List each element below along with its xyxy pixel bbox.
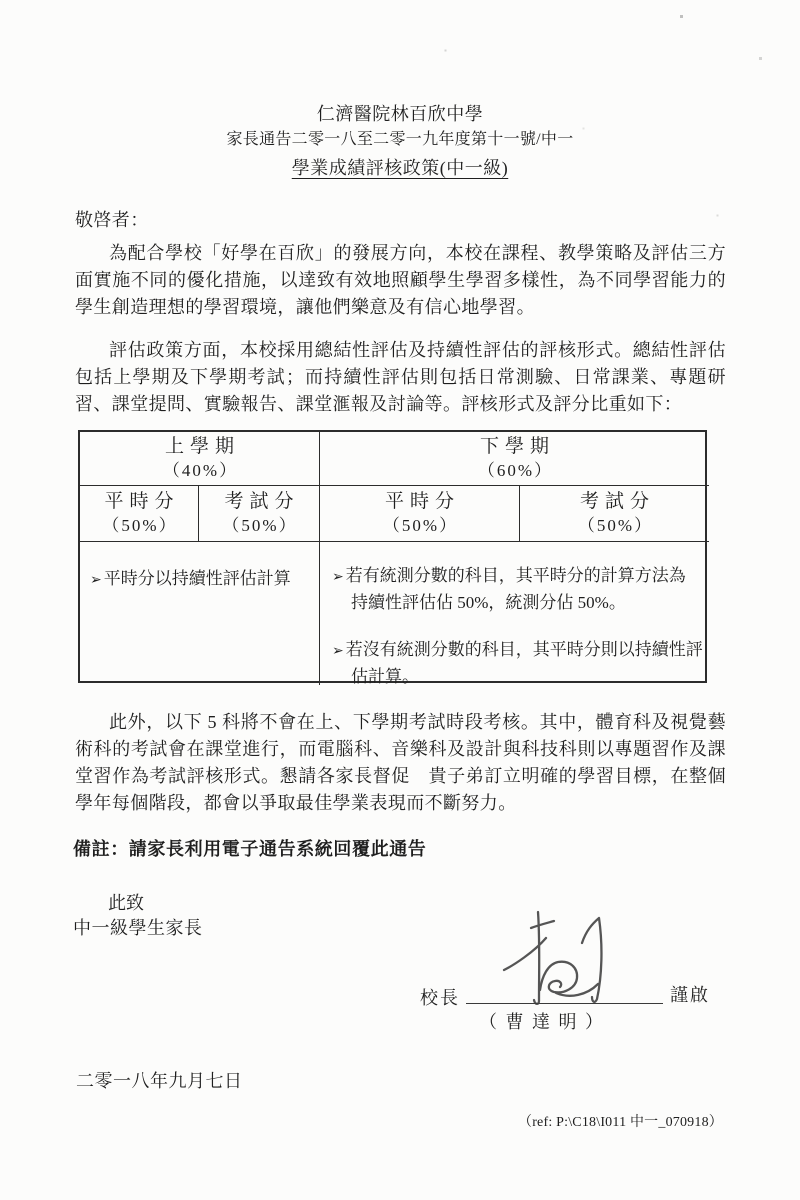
table-header-first-term: 上學期 （40%） xyxy=(80,432,320,486)
first-term-weight: （40%） xyxy=(161,459,238,483)
signature-stroke xyxy=(556,984,598,996)
date-line: 二零一八年九月七日 xyxy=(76,1067,243,1093)
assessment-table: 上學期 （40%） 下學期 （60%） 平時分 （50%） 考試分 （50%） … xyxy=(78,430,707,683)
first-daily-label: 平時分 xyxy=(98,490,179,514)
principal-name: （ 曹 達 明 ） xyxy=(479,1008,605,1034)
second-term-weight: （60%） xyxy=(476,459,553,483)
salutation: 敬啓者： xyxy=(75,207,726,234)
remark-line: 備註：請家長利用電子通告系統回覆此通告 xyxy=(73,835,426,861)
second-exam-weight: （50%） xyxy=(576,514,653,538)
signature-stroke xyxy=(531,921,554,928)
table-header-second-term: 下學期 （60%） xyxy=(320,432,709,486)
note-item: ➢若沒有統測分數的科目，其平時分則以持續性評 估計算。 xyxy=(332,637,706,690)
first-exam-label: 考試分 xyxy=(218,490,299,514)
second-term-label: 下學期 xyxy=(474,435,555,459)
note-text: 平時分以持續性評估計算 xyxy=(104,569,291,588)
note-item: ➢若有統測分數的科目，其平時分的計算方法為 持續性評估佔 50%，統測分佔 50… xyxy=(332,563,706,616)
note-text: 若沒有統測分數的科目，其平時分則以持續性評 估計算。 xyxy=(346,640,703,686)
table-header-second-exam: 考試分 （50%） xyxy=(520,486,709,542)
paragraph-assessment-policy: 評估政策方面，本校採用總結性評估及持續性評估的評核形式。總結性評估包括上學期及下… xyxy=(75,337,726,418)
table-header-first-exam: 考試分 （50%） xyxy=(199,486,320,542)
first-exam-weight: （50%） xyxy=(220,514,297,538)
table-note-second-term: ➢若有統測分數的科目，其平時分的計算方法為 持續性評估佔 50%，統測分佔 50… xyxy=(320,542,709,685)
scan-noise xyxy=(0,0,1,1)
first-term-label: 上學期 xyxy=(159,435,240,459)
subject-title: 學業成績評核政策(中一級) xyxy=(0,154,800,180)
recipient-line: 中一級學生家長 xyxy=(73,914,203,940)
table-header-first-daily: 平時分 （50%） xyxy=(80,486,199,542)
scanned-notice-page: 仁濟醫院林百欣中學 家長通告二零一八至二零一九年度第十一號/中一 學業成績評核政… xyxy=(0,0,800,1200)
table-note-first-term: ➢平時分以持續性評估計算 xyxy=(80,542,320,685)
table-header-second-daily: 平時分 （50%） xyxy=(320,486,520,542)
note-text: 若有統測分數的科目，其平時分的計算方法為 持續性評估佔 50%，統測分佔 50%… xyxy=(346,566,686,612)
second-exam-label: 考試分 xyxy=(574,490,655,514)
arrowhead-bullet-icon: ➢ xyxy=(332,569,344,585)
arrowhead-bullet-icon: ➢ xyxy=(90,572,102,588)
school-name: 仁濟醫院林百欣中學 xyxy=(0,100,800,126)
paragraph-exempt-subjects: 此外，以下 5 科將不會在上、下學期考試時段考核。其中，體育科及視覺藝術科的考試… xyxy=(75,709,726,817)
respectfully-label: 謹啟 xyxy=(670,981,710,1007)
reference-note: （ref: P:\C18\I011 中一_070918） xyxy=(518,1111,723,1131)
arrowhead-bullet-icon: ➢ xyxy=(332,643,344,659)
first-daily-weight: （50%） xyxy=(100,514,177,538)
principal-signature xyxy=(498,906,618,1006)
signature-stroke xyxy=(540,962,577,993)
closing-salute: 此致 xyxy=(75,889,144,915)
second-daily-weight: （50%） xyxy=(381,514,458,538)
principal-label: 校長 xyxy=(420,984,460,1010)
second-daily-label: 平時分 xyxy=(379,490,460,514)
notice-number-line: 家長通告二零一八至二零一九年度第十一號/中一 xyxy=(0,126,800,149)
paragraph-development-direction: 為配合學校「好學在百欣」的發展方向，本校在課程、教學策略及評估三方面實施不同的優… xyxy=(75,240,726,321)
note-item: ➢平時分以持續性評估計算 xyxy=(90,566,315,593)
